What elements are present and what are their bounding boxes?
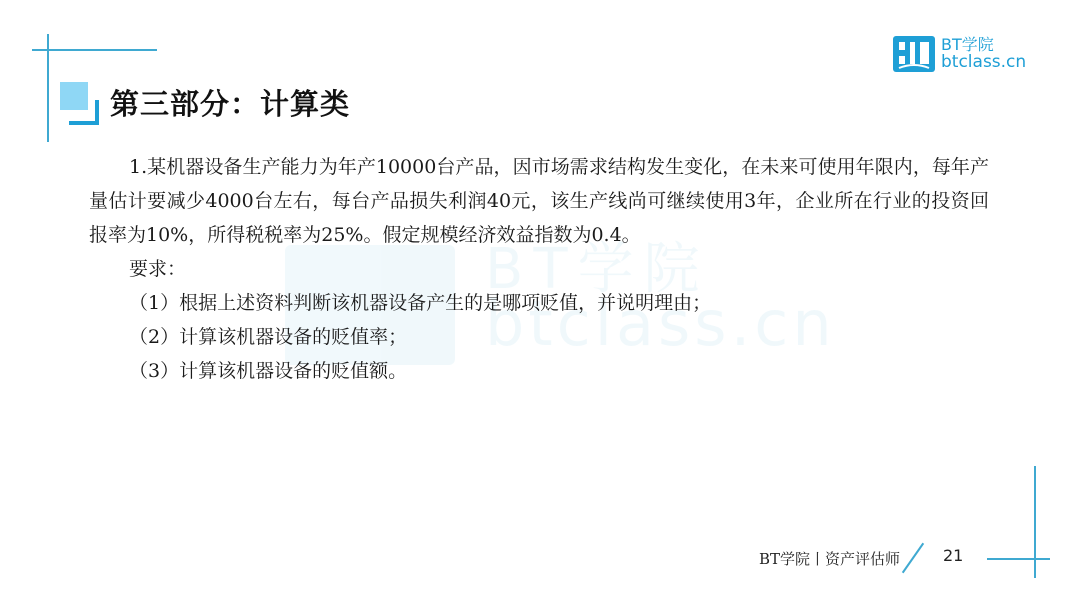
- requirement-item-2: （2）计算该机器设备的贬值率；: [89, 320, 989, 354]
- bottom-right-horizontal-line: [987, 558, 1050, 560]
- top-left-horizontal-line: [32, 49, 157, 51]
- requirements-label: 要求：: [89, 252, 989, 286]
- logo-text-domain: btclass.cn: [941, 52, 1026, 72]
- requirement-item-3: （3）计算该机器设备的贬值额。: [89, 354, 989, 388]
- requirement-item-1: （1）根据上述资料判断该机器设备产生的是哪项贬值，并说明理由；: [89, 286, 989, 320]
- top-left-vertical-line: [47, 34, 49, 142]
- bottom-right-vertical-line: [1034, 466, 1036, 578]
- page-number: 21: [943, 546, 963, 565]
- footer-course-label: BT学院丨资产评估师: [759, 548, 900, 569]
- question-content: 1.某机器设备生产能力为年产10000台产品，因市场需求结构发生变化，在未来可使…: [89, 150, 989, 388]
- question-paragraph: 1.某机器设备生产能力为年产10000台产品，因市场需求结构发生变化，在未来可使…: [89, 150, 989, 252]
- bt-logo-icon: [893, 34, 935, 74]
- footer-divider-slash: [902, 543, 924, 574]
- title-bullet-icon: [60, 82, 88, 110]
- page-title: 第三部分：计算类: [110, 82, 350, 123]
